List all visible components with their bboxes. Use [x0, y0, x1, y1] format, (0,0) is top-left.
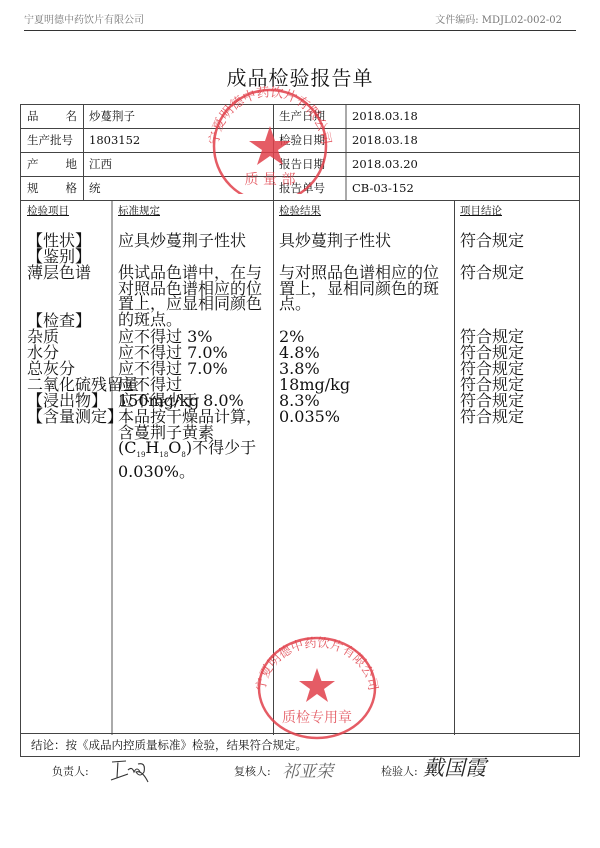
info-row: 产地江西报告日期2018.03.20: [21, 153, 579, 177]
divider: [83, 177, 84, 200]
info-label: 报告日期: [279, 153, 325, 176]
divider: [345, 129, 347, 152]
info-label-part: 名: [66, 105, 78, 128]
item-conclusion: 符合规定: [460, 233, 524, 248]
info-value: 1803152: [89, 129, 140, 152]
item-conclusion: 符合规定: [460, 345, 524, 360]
divider: [273, 105, 274, 128]
info-label: 规格: [21, 177, 83, 200]
info-label-part: 地: [66, 153, 78, 176]
inspection-item: 杂质: [27, 329, 59, 344]
header-conclusion: 项目结论: [460, 203, 502, 218]
info-value: 2018.03.18: [352, 129, 418, 152]
info-label: 产地: [21, 153, 83, 176]
info-label: 检验日期: [279, 129, 325, 152]
header-item: 检验项目: [27, 203, 69, 218]
divider: [83, 105, 84, 128]
standard-spec: 应具炒蔓荆子性状: [118, 233, 268, 249]
info-value: 江西: [89, 153, 112, 176]
item-conclusion: 符合规定: [460, 409, 524, 424]
inspection-item: 【含量测定】: [27, 409, 123, 424]
divider: [345, 153, 347, 176]
info-value: CB-03-152: [352, 177, 414, 200]
item-conclusion: 符合规定: [460, 377, 524, 392]
info-value: 2018.03.20: [352, 153, 418, 176]
divider: [111, 201, 113, 735]
inspector-signature: 戴国霞: [423, 752, 486, 782]
inspection-result: 0.035%: [279, 409, 449, 425]
inspection-item: 水分: [27, 345, 59, 360]
inspection-result: 具炒蔓荆子性状: [279, 233, 449, 249]
info-label-part: 规: [27, 177, 39, 200]
responsible-signature: [108, 758, 156, 788]
report-title: 成品检验报告单: [0, 62, 600, 91]
info-value: 炒蔓荆子: [89, 105, 135, 128]
info-label: 生产批号: [21, 129, 83, 152]
inspection-item: 【检查】: [27, 313, 91, 328]
info-row: 生产批号1803152检验日期2018.03.18: [21, 129, 579, 153]
info-row: 规格统报告单号CB-03-152: [21, 177, 579, 201]
divider: [83, 153, 84, 176]
divider: [345, 105, 347, 128]
divider: [273, 153, 274, 176]
divider: [83, 129, 84, 152]
inspection-item: 【鉴别】: [27, 249, 91, 264]
inspection-result: 与对照品色谱相应的位置上，显相同颜色的斑点。: [279, 265, 449, 312]
signature-icon: [108, 758, 156, 784]
info-label-part: 生产批号: [27, 133, 73, 147]
info-row: 品名炒蔓荆子生产日期2018.03.18: [21, 105, 579, 129]
header-standard: 标准规定: [118, 203, 160, 218]
info-value: 2018.03.18: [352, 105, 418, 128]
responsible-label: 负责人:: [52, 763, 89, 779]
item-conclusion: 符合规定: [460, 329, 524, 344]
report-table: 品名炒蔓荆子生产日期2018.03.18生产批号1803152检验日期2018.…: [20, 104, 580, 757]
standard-spec: 本品按干燥品计算，含蔓荆子黄素(C19H18O8)不得少于 0.030%。: [118, 409, 268, 479]
item-conclusion: 符合规定: [460, 393, 524, 408]
item-conclusion: 符合规定: [460, 361, 524, 376]
standard-spec: 供试品色谱中，在与对照品色谱相应的位置上，应显相同颜色的斑点。: [118, 265, 268, 327]
info-label: 品名: [21, 105, 83, 128]
inspector-label: 检验人:: [381, 763, 418, 779]
document-code: 文件编码: MDJL02-002-02: [435, 16, 562, 26]
header-result: 检验结果: [279, 203, 321, 218]
inspection-detail: 检验项目 标准规定 检验结果 项目结论 【性状】应具炒蔓荆子性状具炒蔓荆子性状符…: [21, 201, 579, 735]
divider: [273, 129, 274, 152]
info-label-part: 格: [66, 177, 78, 200]
reviewer-label: 复核人:: [234, 763, 271, 779]
page-header: 宁夏明德中药饮片有限公司 文件编码: MDJL02-002-02: [24, 16, 576, 31]
info-label: 报告单号: [279, 177, 325, 200]
inspection-item: 【性状】: [27, 233, 91, 248]
info-value: 统: [89, 177, 101, 200]
inspection-item: 薄层色谱: [27, 265, 91, 280]
item-conclusion: 符合规定: [460, 265, 524, 280]
conclusion-text: 结论：按《成品内控质量标准》检验，结果符合规定。: [21, 733, 579, 756]
divider: [273, 177, 274, 200]
reviewer-signature: 祁亚荣: [282, 757, 333, 782]
divider: [273, 201, 274, 735]
info-label-part: 产: [27, 153, 39, 176]
company-name: 宁夏明德中药饮片有限公司: [24, 16, 144, 26]
divider: [345, 177, 347, 200]
inspection-item: 【浸出物】: [27, 393, 107, 408]
info-label-part: 品: [27, 105, 39, 128]
inspection-item: 总灰分: [27, 361, 75, 376]
divider: [454, 201, 455, 735]
info-label: 生产日期: [279, 105, 325, 128]
